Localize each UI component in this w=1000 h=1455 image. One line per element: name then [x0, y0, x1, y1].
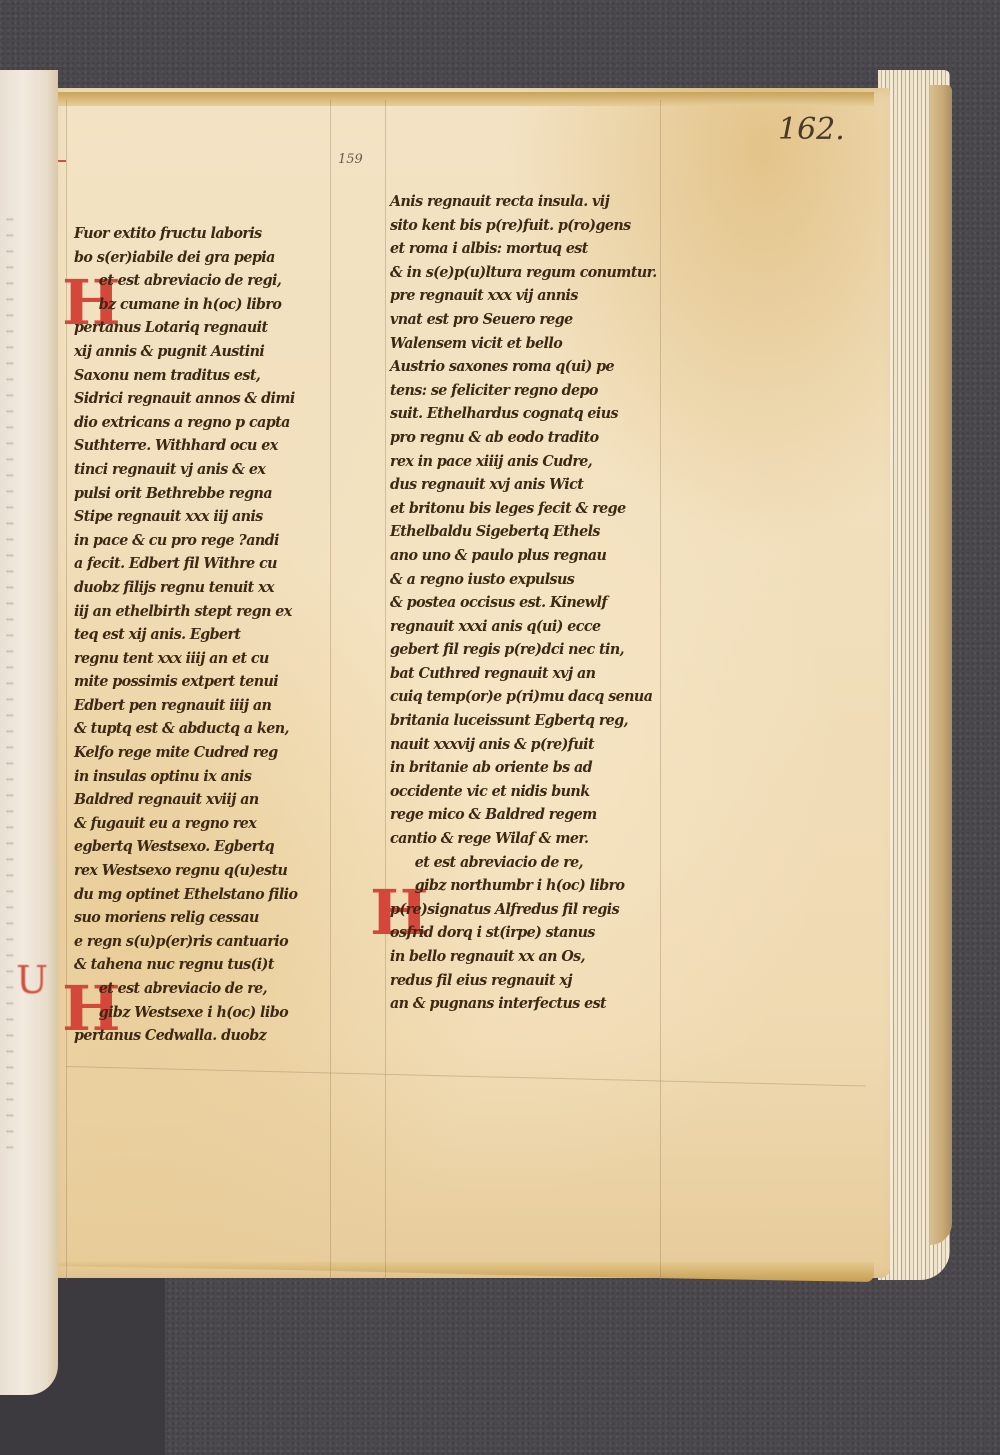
manuscript-line: egbertq Westsexo. Egbertq: [74, 835, 340, 859]
manuscript-line: Fuor extito fructu laboris: [74, 222, 340, 246]
manuscript-line: tinci regnauit vj anis & ex: [74, 458, 340, 482]
manuscript-line: iij an ethelbirth stept regn ex: [74, 600, 340, 624]
text-column-right: Anis regnauit recta insula. vijsito kent…: [390, 190, 700, 1016]
manuscript-line: Ethelbaldu Sigebertq Ethels: [390, 520, 685, 544]
manuscript-line: e regn s(u)p(er)ris cantuario: [74, 930, 340, 954]
manuscript-line: & fugauit eu a regno rex: [74, 812, 340, 836]
manuscript-line: pertanus Lotariq regnauit: [74, 316, 340, 340]
manuscript-line: et est abreviacio de re,: [74, 977, 340, 1001]
left-page-text: ........................................…: [6, 210, 54, 1154]
manuscript-line: britania luceissunt Egbertq reg,: [390, 709, 685, 733]
manuscript-line: gibz Westsexe i h(oc) libo: [74, 1001, 340, 1025]
manuscript-line: rege mico & Baldred regem: [390, 803, 685, 827]
manuscript-line: regnu tent xxx iiij an et cu: [74, 647, 340, 671]
manuscript-line: bo s(er)iabile dei gra pepia: [74, 246, 340, 270]
manuscript-line: gibz northumbr i h(oc) libro: [390, 874, 685, 898]
manuscript-line: an & pugnans interfectus est: [390, 992, 685, 1016]
manuscript-line: & tuptq est & abductq a ken,: [74, 717, 340, 741]
left-page-curl: ........................................…: [0, 70, 58, 1395]
manuscript-line: bz cumane in h(oc) libro: [74, 293, 340, 317]
manuscript-line: bat Cuthred regnauit xvj an: [390, 662, 685, 686]
left-page-initial: U: [16, 958, 48, 1002]
manuscript-line: gebert fil regis p(re)dci nec tin,: [390, 638, 685, 662]
rubric-mark: [58, 160, 66, 162]
manuscript-line: Sidrici regnauit annos & dimi: [74, 387, 340, 411]
manuscript-line: dus regnauit xvj anis Wict: [390, 473, 685, 497]
manuscript-line: Kelfo rege mite Cudred reg: [74, 741, 340, 765]
manuscript-line: cantio & rege Wilaf & mer.: [390, 827, 685, 851]
manuscript-line: rex Westsexo regnu q(u)estu: [74, 859, 340, 883]
page-top-edge: [44, 92, 874, 106]
manuscript-line: & postea occisus est. Kinewlf: [390, 591, 685, 615]
ruling-line: [385, 100, 386, 1280]
manuscript-line: regnauit xxxi anis q(ui) ecce: [390, 615, 685, 639]
manuscript-line: nauit xxxvij anis & p(re)fuit: [390, 733, 685, 757]
manuscript-line: rex in pace xiiij anis Cudre,: [390, 450, 685, 474]
manuscript-line: teq est xij anis. Egbert: [74, 623, 340, 647]
manuscript-line: suo moriens relig cessau: [74, 906, 340, 930]
manuscript-line: & tahena nuc regnu tus(i)t: [74, 953, 340, 977]
manuscript-line: xij annis & pugnit Austini: [74, 340, 340, 364]
manuscript-line: et est abreviacio de regi,: [74, 269, 340, 293]
manuscript-line: Baldred regnauit xviij an: [74, 788, 340, 812]
folio-number: 162.: [778, 112, 845, 147]
manuscript-line: in bello regnauit xx an Os,: [390, 945, 685, 969]
manuscript-line: suit. Ethelhardus cognatq eius: [390, 402, 685, 426]
manuscript-line: occidente vic et nidis bunk: [390, 780, 685, 804]
manuscript-line: Saxonu nem traditus est,: [74, 364, 340, 388]
manuscript-line: dio extricans a regno p capta: [74, 411, 340, 435]
manuscript-line: pertanus Cedwalla. duobz: [74, 1024, 340, 1048]
manuscript-line: & in s(e)p(u)ltura regum conumtur.: [390, 261, 685, 285]
manuscript-line: cuiq temp(or)e p(ri)mu dacq senua: [390, 685, 685, 709]
manuscript-line: sito kent bis p(re)fuit. p(ro)gens: [390, 214, 685, 238]
older-folio-number: 159: [338, 152, 363, 167]
manuscript-line: pulsi orit Bethrebbe regna: [74, 482, 340, 506]
manuscript-line: ano uno & paulo plus regnau: [390, 544, 685, 568]
manuscript-line: in insulas optinu ix anis: [74, 765, 340, 789]
manuscript-line: Suthterre. Withhard ocu ex: [74, 434, 340, 458]
manuscript-line: tens: se feliciter regno depo: [390, 379, 685, 403]
manuscript-line: Stipe regnauit xxx iij anis: [74, 505, 340, 529]
manuscript-line: du mg optinet Ethelstano filio: [74, 883, 340, 907]
manuscript-line: osfrid dorq i st(irpe) stanus: [390, 921, 685, 945]
manuscript-line: Anis regnauit recta insula. vij: [390, 190, 685, 214]
manuscript-line: redus fil eius regnauit xj: [390, 969, 685, 993]
manuscript-line: et est abreviacio de re,: [390, 851, 685, 875]
manuscript-line: Austrio saxones roma q(ui) pe: [390, 355, 685, 379]
manuscript-line: vnat est pro Seuero rege: [390, 308, 685, 332]
manuscript-line: et britonu bis leges fecit & rege: [390, 497, 685, 521]
manuscript-line: mite possimis extpert tenui: [74, 670, 340, 694]
manuscript-line: et roma i albis: mortuq est: [390, 237, 685, 261]
manuscript-line: p(re)signatus Alfredus fil regis: [390, 898, 685, 922]
manuscript-line: in britanie ab oriente bs ad: [390, 756, 685, 780]
manuscript-line: pro regnu & ab eodo tradito: [390, 426, 685, 450]
manuscript-line: Edbert pen regnauit iiij an: [74, 694, 340, 718]
text-block-edge: [930, 85, 952, 1245]
manuscript-line: duobz filijs regnu tenuit xx: [74, 576, 340, 600]
manuscript-line: pre regnauit xxx vij annis: [390, 284, 685, 308]
manuscript-line: in pace & cu pro rege ?andi: [74, 529, 340, 553]
manuscript-line: & a regno iusto expulsus: [390, 568, 685, 592]
text-column-left: Fuor extito fructu laborisbo s(er)iabile…: [74, 222, 354, 1048]
manuscript-line: a fecit. Edbert fil Withre cu: [74, 552, 340, 576]
manuscript-line: Walensem vicit et bello: [390, 332, 685, 356]
